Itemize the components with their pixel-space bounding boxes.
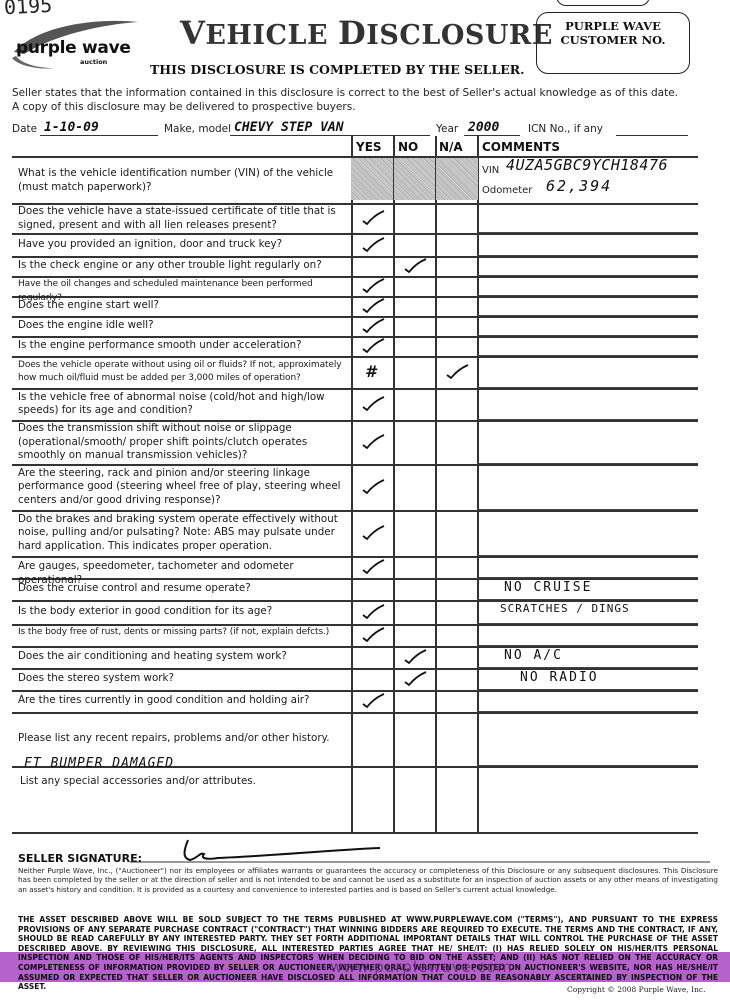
vin-field[interactable]: 4UZA5GBC9YCH18476 — [506, 156, 668, 174]
comment-rule — [478, 419, 698, 420]
yes-checkmark-icon[interactable] — [361, 433, 385, 449]
odometer-label: Odometer — [482, 185, 532, 196]
question-text: Does the transmission shift without nois… — [18, 422, 352, 463]
customer-box-label-1: PURPLE WAVE — [537, 19, 689, 33]
row-rule — [12, 690, 698, 692]
seller-signature-label: SELLER SIGNATURE: — [18, 852, 142, 865]
comment-rule — [478, 555, 698, 556]
yes-checkmark-icon[interactable] — [361, 337, 385, 353]
question-text: Does the stereo system work? — [18, 672, 352, 686]
question-text: Does the air conditioning and heating sy… — [18, 650, 352, 664]
row-rule — [12, 646, 698, 648]
question-text: Is the check engine or any other trouble… — [18, 259, 352, 273]
comment-rule — [478, 255, 698, 256]
comment-rule — [478, 765, 698, 766]
question-text: Have you provided an ignition, door and … — [18, 238, 352, 252]
question-text: Does the engine start well? — [18, 299, 352, 313]
history-field[interactable]: FT BUMPER DAMAGED — [24, 756, 174, 771]
yes-checkmark-icon[interactable] — [361, 236, 385, 252]
yes-checkmark-icon[interactable] — [361, 209, 385, 225]
question-text: Are the steering, rack and pinion and/or… — [18, 467, 352, 508]
customer-box-tab — [556, 0, 650, 6]
date-field[interactable]: 1-10-09 — [40, 120, 158, 136]
comment-rule — [478, 387, 698, 388]
column-divider — [477, 136, 479, 832]
comment-rule — [478, 335, 698, 336]
question-text: Does the engine idle well? — [18, 319, 352, 333]
comment-rule — [478, 577, 698, 578]
comment-field[interactable]: SCRATCHES / DINGS — [500, 602, 630, 615]
yes-checkmark-icon[interactable] — [361, 524, 385, 540]
row-rule — [12, 464, 698, 466]
comment-rule — [478, 645, 698, 646]
comment-rule — [478, 295, 698, 296]
question-text: Does the vehicle have a state-issued cer… — [18, 205, 352, 232]
row-rule — [12, 510, 698, 512]
comment-rule — [478, 275, 698, 276]
row-rule — [12, 356, 698, 358]
page-title: VEHICLE DISCLOSURE — [180, 14, 553, 52]
year-field[interactable]: 2000 — [464, 120, 520, 136]
question-text: Is the engine performance smooth under a… — [18, 339, 352, 353]
no-checkmark-icon[interactable] — [403, 670, 427, 686]
column-header-na: N/A — [439, 140, 463, 154]
icn-field[interactable] — [616, 120, 688, 136]
vin-row-shade-yes — [351, 158, 393, 200]
question-text: Is the vehicle free of abnormal noise (c… — [18, 391, 352, 418]
comment-rule — [478, 667, 698, 668]
row-rule — [12, 832, 698, 834]
no-checkmark-icon[interactable] — [403, 648, 427, 664]
logo-subtext: auction — [80, 58, 107, 66]
date-label: Date — [12, 123, 37, 135]
question-text: Is the body free of rust, dents or missi… — [18, 626, 352, 640]
question-text: Does the cruise control and resume opera… — [18, 582, 352, 596]
comment-field[interactable]: NO CRUISE — [504, 580, 592, 595]
no-checkmark-icon[interactable] — [403, 257, 427, 273]
make-model-field[interactable]: CHEVY STEP VAN — [230, 120, 430, 136]
column-header-yes: YES — [356, 140, 382, 154]
customer-box-label-2: CUSTOMER NO. — [537, 33, 689, 47]
vin-row-shade-na — [436, 158, 478, 200]
comment-rule — [478, 711, 698, 712]
yes-checkmark-icon[interactable] — [361, 558, 385, 574]
website-watermark: www.purplewave.com — [330, 958, 513, 976]
odometer-field[interactable]: 62,394 — [546, 177, 612, 195]
yes-checkmark-icon[interactable] — [361, 277, 385, 293]
make-model-label: Make, model — [164, 123, 231, 135]
question-text: Do the brakes and braking system operate… — [18, 513, 352, 554]
yes-checkmark-icon[interactable] — [361, 692, 385, 708]
question-text: Does the vehicle operate without using o… — [18, 359, 352, 386]
row-rule — [12, 316, 698, 318]
row-rule — [12, 233, 698, 235]
row-rule — [12, 336, 698, 338]
row-rule — [12, 388, 698, 390]
row-rule — [12, 556, 698, 558]
comment-rule — [478, 355, 698, 356]
seller-signature[interactable] — [130, 836, 730, 866]
comment-rule — [478, 599, 698, 600]
row-rule — [12, 712, 698, 714]
yes-checkmark-icon[interactable] — [361, 297, 385, 313]
na-checkmark-icon[interactable] — [445, 363, 469, 379]
comment-rule — [478, 463, 698, 464]
logo-wordmark: purple wave — [16, 38, 131, 58]
scribble-icon: # — [365, 362, 376, 381]
yes-checkmark-icon[interactable] — [361, 478, 385, 494]
question-text: Are the tires currently in good conditio… — [18, 694, 352, 708]
question-text: Please list any recent repairs, problems… — [18, 732, 352, 746]
vehicle-info-line: Date 1-10-09 Make, model CHEVY STEP VAN … — [12, 120, 722, 138]
handwritten-corner-number: 0195 — [3, 0, 52, 19]
column-header-comments: COMMENTS — [482, 140, 560, 154]
yes-checkmark-icon[interactable] — [361, 395, 385, 411]
row-rule — [12, 256, 698, 258]
vin-label: VIN — [482, 165, 499, 176]
column-divider — [393, 136, 395, 832]
copyright: Copyright © 2008 Purple Wave, Inc. — [567, 985, 706, 994]
yes-checkmark-icon[interactable] — [361, 626, 385, 642]
year-label: Year — [436, 123, 458, 135]
yes-checkmark-icon[interactable] — [361, 603, 385, 619]
comment-rule — [478, 509, 698, 510]
disclaimer-text: Neither Purple Wave, Inc., ("Auctioneer"… — [18, 866, 718, 894]
page-subtitle: THIS DISCLOSURE IS COMPLETED BY THE SELL… — [150, 62, 525, 77]
comment-rule — [478, 689, 698, 690]
customer-number-box[interactable]: PURPLE WAVE CUSTOMER NO. — [536, 12, 690, 74]
column-header-no: NO — [398, 140, 418, 154]
yes-checkmark-icon[interactable] — [361, 317, 385, 333]
column-divider — [435, 136, 437, 832]
purple-wave-logo: purple wave auction — [6, 18, 146, 70]
comment-rule — [478, 232, 698, 233]
question-text: What is the vehicle identification numbe… — [18, 167, 352, 194]
intro-statement: Seller states that the information conta… — [12, 86, 722, 114]
question-text: Is the body exterior in good condition f… — [18, 605, 352, 619]
comment-field[interactable]: NO A/C — [504, 648, 563, 663]
comment-rule — [478, 315, 698, 316]
comment-field[interactable]: NO RADIO — [520, 670, 599, 685]
accessories-label: List any special accessories and/or attr… — [20, 775, 256, 787]
comment-rule — [478, 623, 698, 624]
icn-label: ICN No., if any — [528, 123, 603, 135]
vin-row-shade-no — [394, 158, 435, 200]
